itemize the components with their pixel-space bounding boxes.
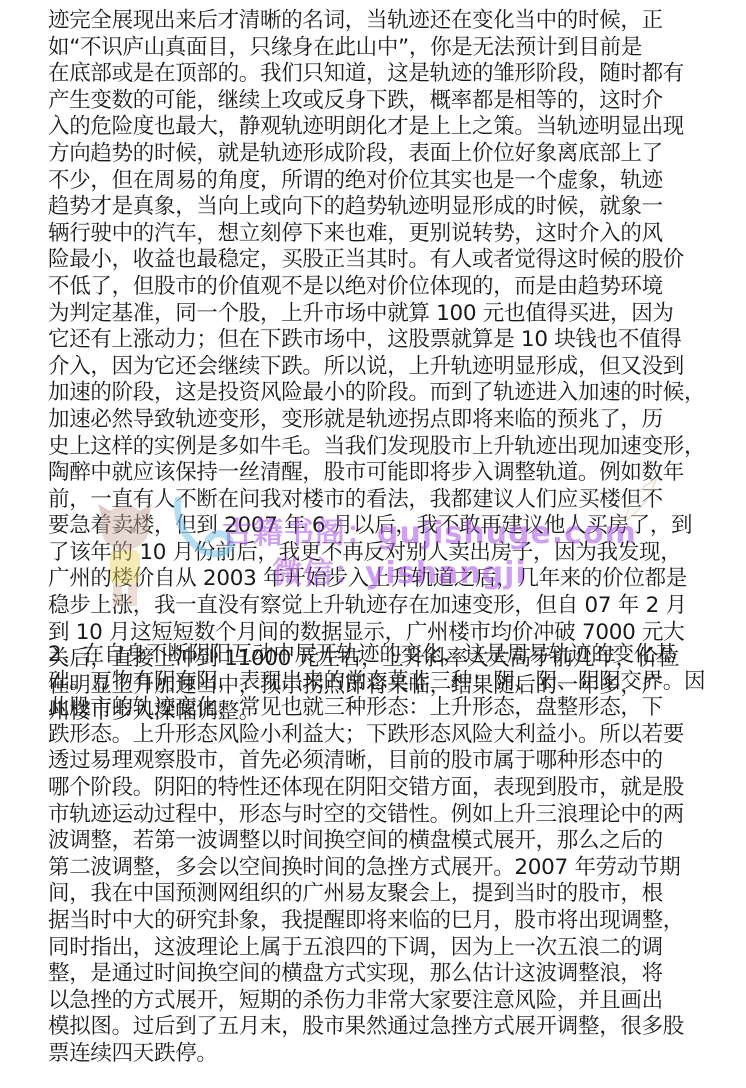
text-line: 整，是通过时间换空间的横盘方式实现，那么估计这波调整浪，将 xyxy=(48,961,658,988)
text-line: 了该年的 10 月份前后，我更不再反对别人卖出房子，因为我发现， xyxy=(48,540,658,567)
text-line: 方向趋势的时候，就是轨迹形成阶段，表面上价位好象离底部上了 xyxy=(48,141,658,168)
text-line: 陶醉中就应该保持一丝清醒，股市可能即将步入调整轨道。例如数年 xyxy=(48,460,658,487)
text-line: 不少，但在周易的角度，所谓的绝对价位其实也是一个虚象，轨迹 xyxy=(48,168,658,195)
text-line: 跌形态。上升形态风险小利益大；下跌形态风险大利益小。所以若要 xyxy=(48,722,658,749)
text-line: 它还有上涨动力；但在下跌市场中，这股票就算是 10 块钱也不值得 xyxy=(48,327,658,354)
text-line: 险最小，收益也最稳定，买股正当其时。有人或者觉得这时候的股价 xyxy=(48,247,658,274)
text-line: 为判定基准，同一个股，上升市场中就算 100 元也值得买进，因为 xyxy=(48,301,658,328)
text-line: 据当时中大的研究卦象，我提醒即将来临的巳月，股市将出现调整， xyxy=(48,908,658,935)
text-line: 如“不识庐山真面目，只缘身在此山中”，你是无法预计到目前是 xyxy=(48,35,658,62)
text-line: 介入，因为它还会继续下跌。所以说，上升轨迹明显形成，但又没到 xyxy=(48,354,658,381)
text-line: 产生变数的可能，继续上攻或反身下跌，概率都是相等的，这时介 xyxy=(48,88,658,115)
text-line: 辆行驶中的汽车，想立刻停下来也难，更别说转势，这时介入的风 xyxy=(48,221,658,248)
text-line: 入的危险度也最大，静观轨迹明朗化才是上上之策。当轨迹明显出现 xyxy=(48,114,658,141)
text-line: 在底部或是在顶部的。我们只知道，这是轨迹的雏形阶段，随时都有 xyxy=(48,61,658,88)
text-line: 加速必然导致轨迹变形，变形就是轨迹拐点即将来临的预兆了，历 xyxy=(48,407,658,434)
text-line: 广州的楼价自从 2003 年开始步入上升轨道之后，几年来的价位都是 xyxy=(48,566,658,593)
text-line: 透过易理观察股市，首先必须清晰，目前的股市属于哪种形态中的 xyxy=(48,748,658,775)
text-line: 前，一直有人不断在问我对楼市的看法，我都建议人们应买楼但不 xyxy=(48,487,658,514)
text-line: 稳步上涨，我一直没有察觉上升轨迹存在加速变形，但自 07 年 2 月 xyxy=(48,593,658,620)
paragraph-yin-yang-interaction: 2、在自身不断阴阳互动中展开轨迹的变化，这是周易轨迹的变化基 础。万物有阴有阳，… xyxy=(48,642,658,1068)
text-line: 票连续四天跌停。 xyxy=(48,1041,658,1068)
text-line: 哪个阶段。阴阳的特性还体现在阴阳交错方面，表现到股市，就是股 xyxy=(48,775,658,802)
text-line: 础。万物有阴有阳，表现出来的常态莫非三种：阴、阳、阴阳交界。因 xyxy=(48,669,658,696)
text-line: 间，我在中国预测网组织的广州易友聚会上，提到当时的股市，根 xyxy=(48,881,658,908)
text-line: 2、在自身不断阴阳互动中展开轨迹的变化，这是周易轨迹的变化基 xyxy=(48,642,658,669)
text-line: 加速的阶段，这是投资风险最小的阶段。而到了轨迹进入加速的时候， xyxy=(48,380,658,407)
text-line: 模拟图。过后到了五月末，股市果然通过急挫方式展开调整，很多股 xyxy=(48,1014,658,1041)
text-line: 史上这样的实例是多如牛毛。当我们发现股市上升轨迹出现加速变形， xyxy=(48,434,658,461)
text-line: 趋势才是真象，当向上或向下的趋势轨迹明显形成的时候，就象一 xyxy=(48,194,658,221)
paragraph-trajectory-stages: 迹完全展现出来后才清晰的名词，当轨迹还在变化当中的时候，正 如“不识庐山真面目，… xyxy=(48,8,658,726)
text-line: 以急挫的方式展开，短期的杀伤力非常大家要注意风险，并且画出 xyxy=(48,988,658,1015)
text-line: 同时指出，这波理论上属于五浪四的下调，因为上一次五浪二的调 xyxy=(48,935,658,962)
document-page: 迹完全展现出来后才清晰的名词，当轨迹还在变化当中的时候，正 如“不识庐山真面目，… xyxy=(0,0,746,1088)
text-line: 市轨迹运动过程中，形态与时空的交错性。例如上升三浪理论中的两 xyxy=(48,802,658,829)
text-line: 要急着卖楼，但到 2007 年 6 月以后，我不敢再建议他人买房了，到 xyxy=(48,513,658,540)
text-line: 波调整，若第一波调整以时间换空间的横盘模式展开，那么之后的 xyxy=(48,828,658,855)
text-line: 迹完全展现出来后才清晰的名词，当轨迹还在变化当中的时候，正 xyxy=(48,8,658,35)
text-line: 不低了，但股市的价值观不是以绝对价位体现的，而是由趋势环境 xyxy=(48,274,658,301)
text-line: 第二波调整，多会以空间换时间的急挫方式展开。2007 年劳动节期 xyxy=(48,855,658,882)
text-line: 此股市的轨迹变化，常见也就三种形态：上升形态，盘整形态，下 xyxy=(48,695,658,722)
